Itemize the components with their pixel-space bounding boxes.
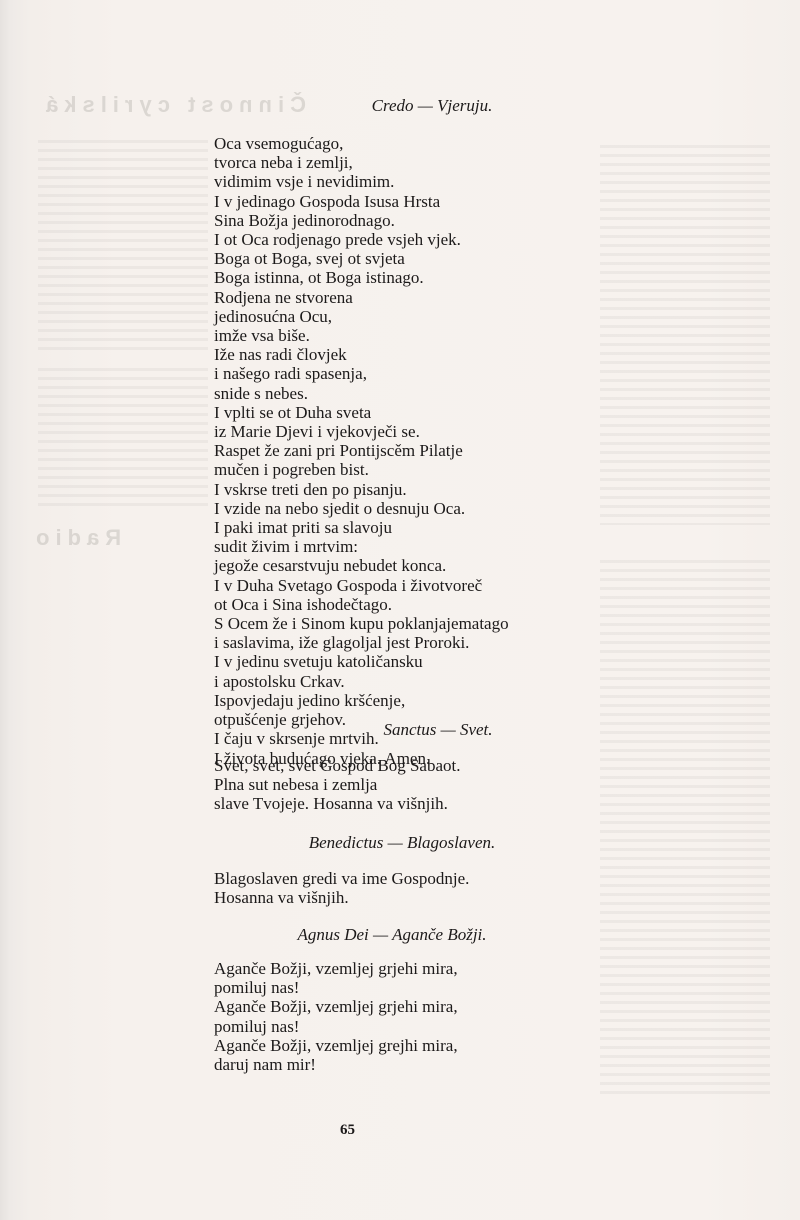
bleed-through-text-block <box>600 145 770 525</box>
verse-line: i apostolsku Crkav. <box>214 672 509 691</box>
sanctus-verse: Svet, svet, svet Gospod Bog Sabaot.Plna … <box>214 756 461 814</box>
verse-line: i našego radi spasenja, <box>214 364 509 383</box>
verse-line: Hosanna va višnjih. <box>214 888 469 907</box>
verse-line: Blagoslaven gredi va ime Gospodnje. <box>214 869 469 888</box>
verse-line: Agančе Božji, vzemljej grejhi mira, <box>214 1036 458 1055</box>
agnus-dei-verse: Agančе Božji, vzemljej grjehi mira,pomil… <box>214 959 458 1074</box>
bleed-through-text-block <box>38 368 208 508</box>
verse-line: jedinosućna Ocu, <box>214 307 509 326</box>
verse-line: S Ocem že i Sinom kupu poklanjajematago <box>214 614 509 633</box>
verse-line: Plna sut nebesa i zemlja <box>214 775 461 794</box>
verse-line: I v Duha Svetago Gospoda i životvoreč <box>214 576 509 595</box>
verse-line: I ot Oca rodjenago prede vsjeh vjek. <box>214 230 509 249</box>
verse-line: slave Tvojeje. Hosanna va višnjih. <box>214 794 461 813</box>
bleed-through-text-block <box>38 140 208 350</box>
bleed-through-title: Činnost cyrilská <box>40 92 306 118</box>
verse-line: Boga istinna, ot Boga istinago. <box>214 268 509 287</box>
verse-line: Iže nas radi človjek <box>214 345 509 364</box>
verse-line: vidimim vsje i nevidimim. <box>214 172 509 191</box>
benedictus-verse: Blagoslaven gredi va ime Gospodnje.Hosan… <box>214 869 469 907</box>
verse-line: ot Oca i Sina ishodečtago. <box>214 595 509 614</box>
verse-line: Agančе Božji, vzemljej grjehi mira, <box>214 959 458 978</box>
section-heading-benedictus: Benedictus — Blagoslaven. <box>262 833 542 853</box>
verse-line: I v jedinu svetuju katoličansku <box>214 652 509 671</box>
verse-line: I vplti se ot Duha sveta <box>214 403 509 422</box>
verse-line: I paki imat priti sa slavoju <box>214 518 509 537</box>
verse-line: Svet, svet, svet Gospod Bog Sabaot. <box>214 756 461 775</box>
section-heading-agnus-dei: Agnus Dei — Agančе Božji. <box>252 925 532 945</box>
page-number: 65 <box>340 1122 355 1139</box>
verse-line: imže vsa biše. <box>214 326 509 345</box>
verse-line: daruj nam mir! <box>214 1055 458 1074</box>
verse-line: i saslavima, iže glagoljal jest Proroki. <box>214 633 509 652</box>
verse-line: Ispovjedaju jedino kršćenje, <box>214 691 509 710</box>
verse-line: Rodjena ne stvorena <box>214 288 509 307</box>
scanned-page: Činnost cyrilská Radio Credo — Vjeruju. … <box>0 0 800 1220</box>
bleed-through-text-block <box>600 560 770 1100</box>
credo-verse: Oca vsemogućago,tvorca neba i zemlji,vid… <box>214 134 509 768</box>
verse-line: Oca vsemogućago, <box>214 134 509 153</box>
verse-line: jegože cesarstvuju nebudet konca. <box>214 556 509 575</box>
verse-line: tvorca neba i zemlji, <box>214 153 509 172</box>
verse-line: Agančе Božji, vzemljej grjehi mira, <box>214 997 458 1016</box>
section-heading-credo: Credo — Vjeruju. <box>292 96 572 116</box>
verse-line: Boga ot Boga, svej ot svjeta <box>214 249 509 268</box>
verse-line: iz Marie Djevi i vjekovječi se. <box>214 422 509 441</box>
bleed-through-title: Radio <box>30 525 121 551</box>
verse-line: snide s nebes. <box>214 384 509 403</box>
verse-line: pomiluj nas! <box>214 978 458 997</box>
verse-line: mučen i pogreben bist. <box>214 460 509 479</box>
verse-line: Raspet že zani pri Pontijscěm Pilatje <box>214 441 509 460</box>
verse-line: pomiluj nas! <box>214 1017 458 1036</box>
section-heading-sanctus: Sanctus — Svet. <box>298 720 578 740</box>
verse-line: sudit živim i mrtvim: <box>214 537 509 556</box>
verse-line: Sina Božja jedinorodnago. <box>214 211 509 230</box>
verse-line: I vskrse treti den po pisanju. <box>214 480 509 499</box>
verse-line: I vzide na nebo sjedit o desnuju Oca. <box>214 499 509 518</box>
verse-line: I v jedinago Gospoda Isusa Hrsta <box>214 192 509 211</box>
